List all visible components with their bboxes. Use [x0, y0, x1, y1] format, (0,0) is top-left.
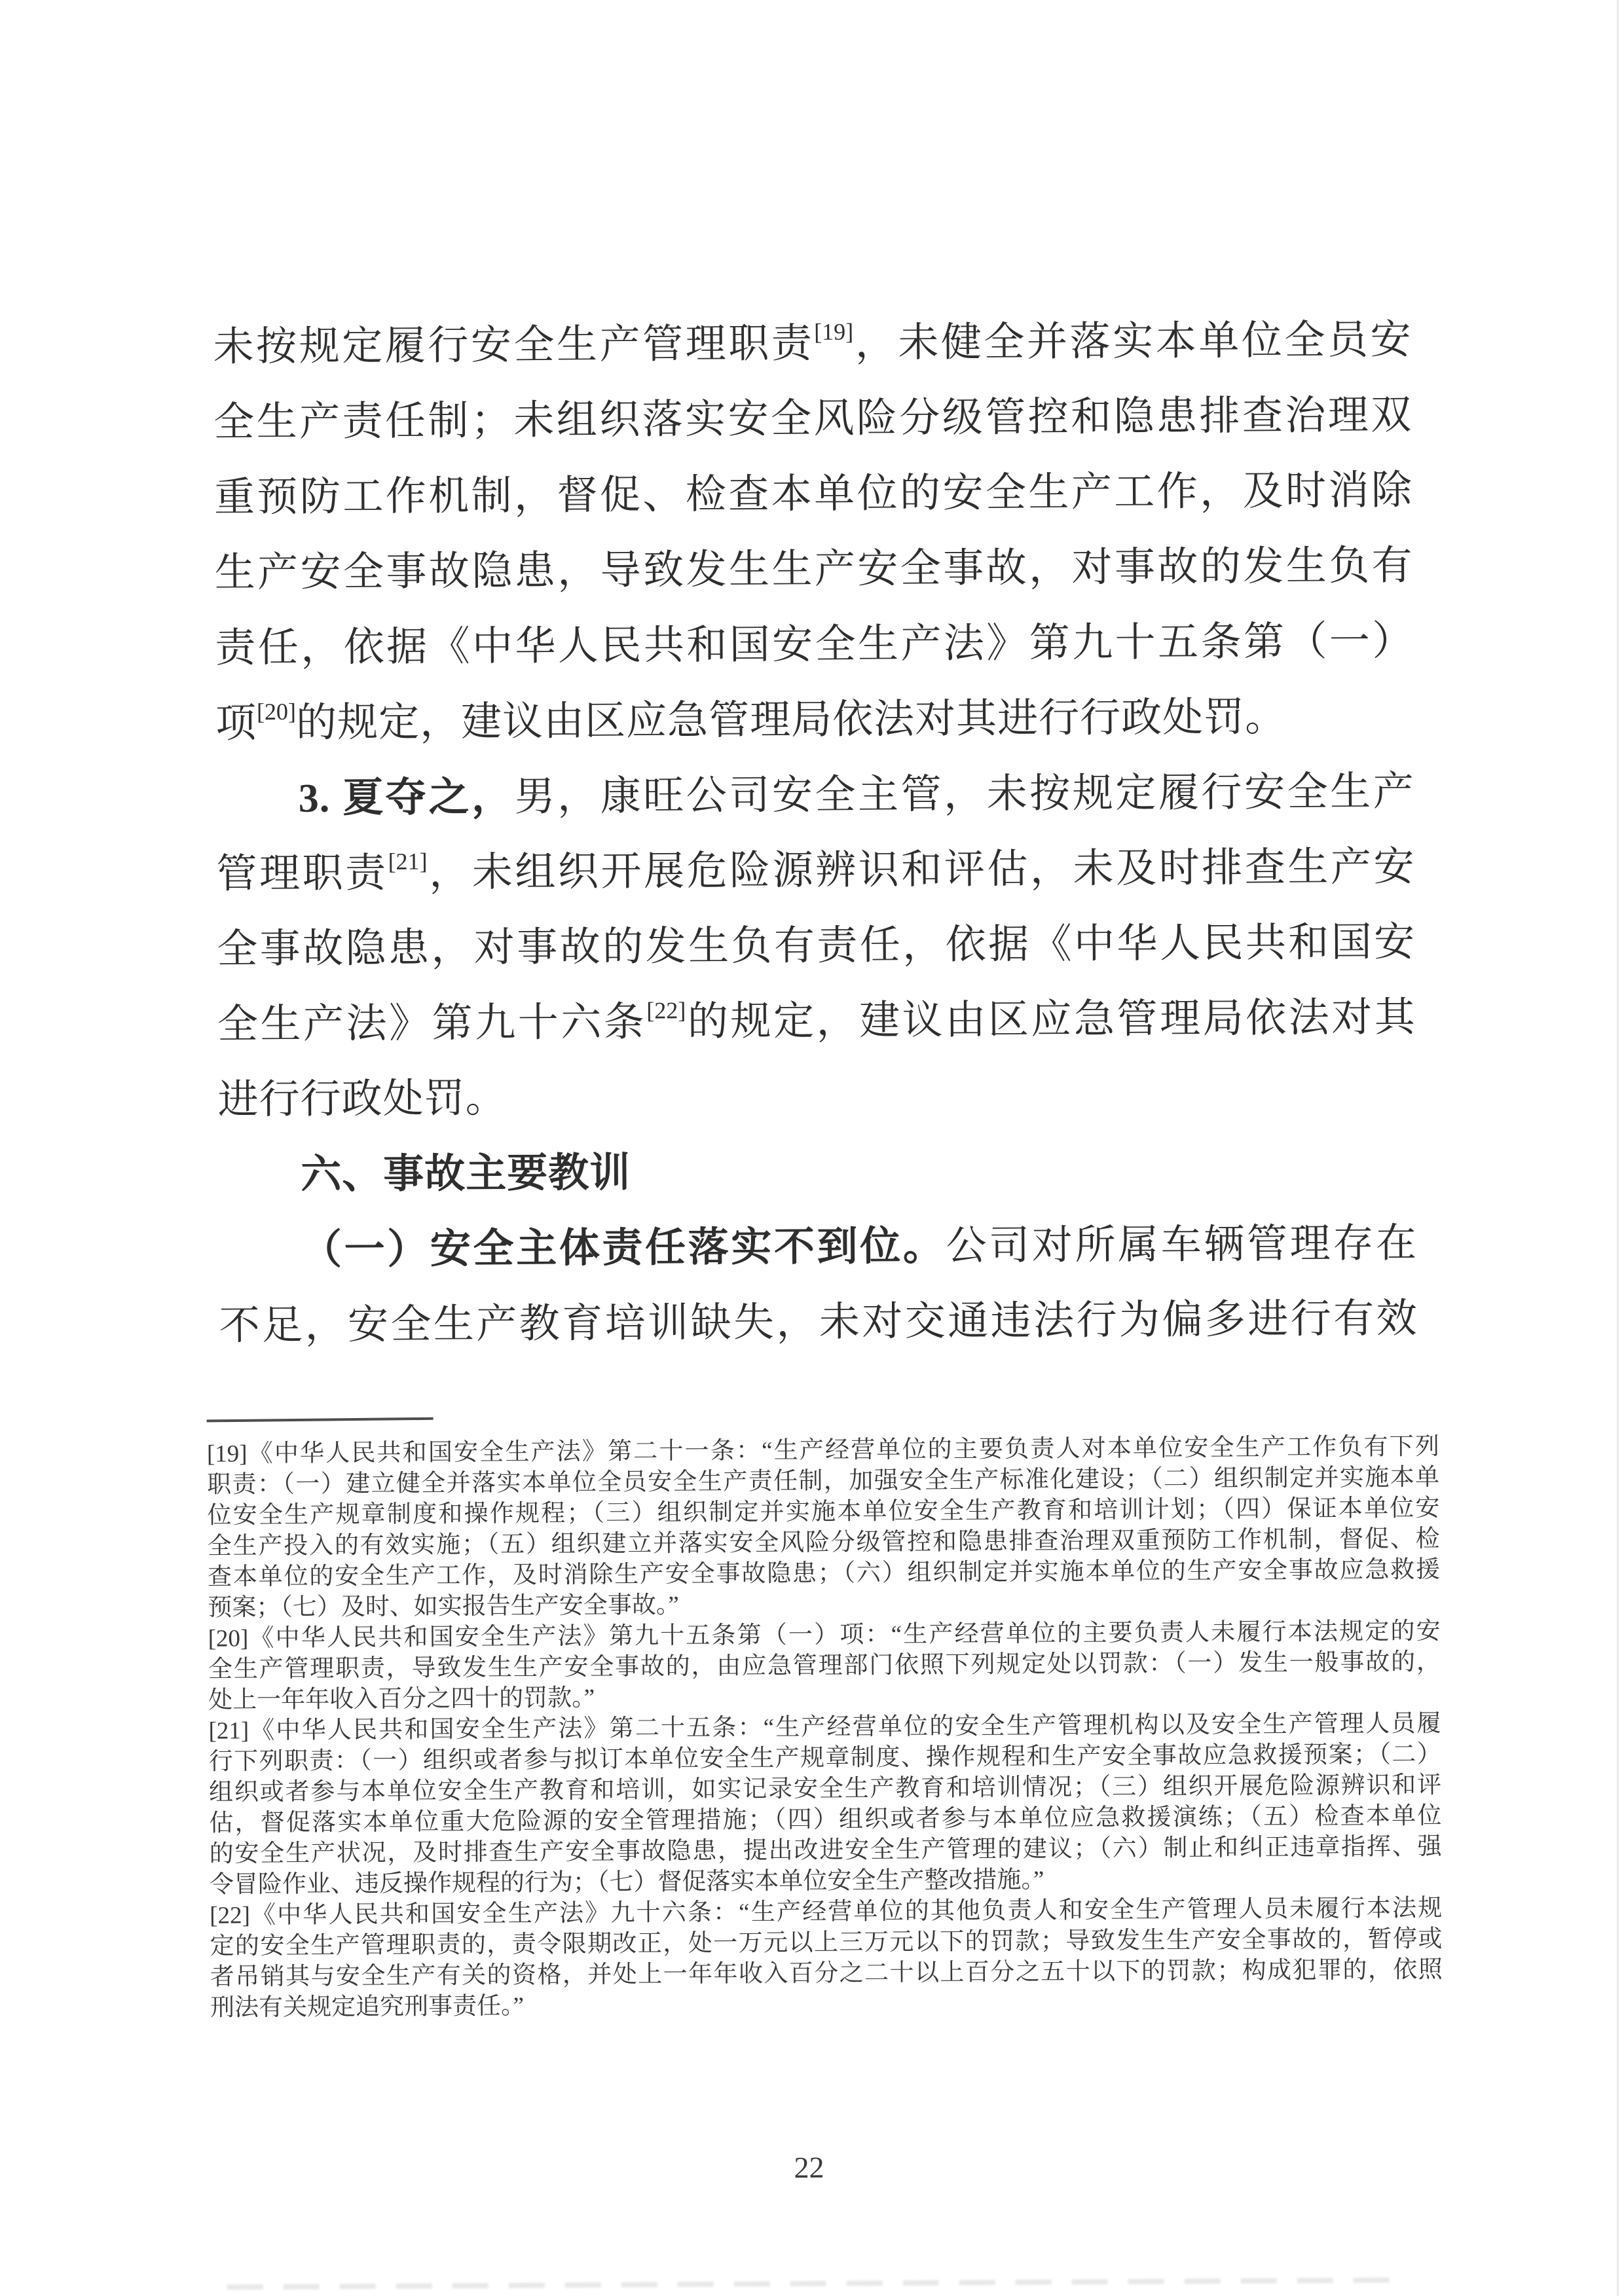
footnote-ref-22: [22]	[646, 997, 686, 1023]
body-line: （一）安全主体责任落实不到位。公司对所属车辆管理存在	[219, 1206, 1418, 1288]
page-edge-shadow	[1617, 0, 1619, 2296]
body-text-block: 未按规定履行安全生产管理职责[19]，未健全并落实本单位全员安全生产责任制；未组…	[213, 302, 1418, 1364]
text-segment: 责任，依据《中华人民共和国安全生产法》第九十五条第（一）	[215, 619, 1413, 670]
text-segment: （一）安全主体责任落实不到位。	[301, 1224, 946, 1273]
page-number: 22	[753, 2150, 864, 2185]
text-segment: 生产安全事故隐患，导致发生生产安全事故，对事故的发生负有	[214, 543, 1412, 595]
body-line: 进行行政处罚。	[217, 1055, 1416, 1138]
page-content: 未按规定履行安全生产管理职责[19]，未健全并落实本单位全员安全生产责任制；未组…	[0, 0, 1624, 2296]
text-segment: 的规定，建议由区应急管理局依法对其进行行政处罚。	[296, 695, 1286, 746]
text-segment: 位安全生产规章制度和操作规程；（三）组织制定并实施本单位安全生产教育和培训计划；…	[207, 1495, 1439, 1529]
text-segment: 全生产投入的有效实施；（五）组织建立并落实安全风险分级管控和隐患排查治理双重预防…	[208, 1525, 1440, 1559]
body-line: 全生产责任制；未组织落实安全风险分级管控和隐患排查治理双	[213, 378, 1412, 460]
body-line: 项[20]的规定，建议由区应急管理局依法对其进行行政处罚。	[215, 679, 1414, 761]
body-line: 重预防工作机制，督促、检查本单位的安全生产工作，及时消除	[214, 453, 1413, 536]
document-page: 未按规定履行安全生产管理职责[19]，未健全并落实本单位全员安全生产责任制；未组…	[0, 0, 1624, 2296]
text-segment: [20]《中华人民共和国安全生产法》第九十五条第（一）项：“生产经营单位的主要负…	[208, 1618, 1441, 1652]
text-segment: 全生产管理职责，导致发生生产安全事故的，由应急管理部门依照下列规定处以罚款：（一…	[208, 1649, 1441, 1683]
text-segment: 组织或者参与本单位安全生产教育和培训，如实记录安全生产教育和培训情况；（三）组织…	[209, 1772, 1441, 1806]
text-segment: ，未组织开展危险源辨识和评估，未及时排查生产安	[428, 845, 1415, 895]
footnotes-block: [19]《中华人民共和国安全生产法》第二十一条：“生产经营单位的主要负责人对本单…	[207, 1431, 1443, 2023]
text-segment: 3. 夏夺之，	[299, 775, 515, 821]
text-segment: 行下列职责：（一）组织或者参与拟订本单位安全生产规章制度、操作规程和生产安全事故…	[209, 1741, 1441, 1775]
text-segment: 全事故隐患，对事故的发生负有责任，依据《中华人民共和国安	[217, 920, 1415, 972]
text-segment: 的安全生产状况，及时排查生产安全事故隐患，提出改进安全生产管理的建议；（六）制止…	[210, 1833, 1442, 1867]
text-segment: 刑法有关规定追究刑事责任。”	[210, 1993, 524, 2022]
body-line: 3. 夏夺之，男，康旺公司安全主管，未按规定履行安全生产	[215, 754, 1414, 837]
text-segment: [22]《中华人民共和国安全生产法》九十六条：“生产经营单位的其他负责人和安全生…	[210, 1895, 1442, 1929]
footnote-ref-20: [20]	[257, 699, 296, 725]
text-segment: 估，督促落实本单位重大危险源的安全管理措施；（四）组织或者参与本单位应急救援演练…	[209, 1802, 1441, 1836]
text-segment: 未按规定履行安全生产管理职责	[213, 321, 814, 370]
text-segment: 全生产责任制；未组织落实安全风险分级管控和隐患排查治理双	[213, 393, 1412, 445]
text-segment: 者吊销其与安全生产有关的资格，并处上一年年收入百分之二十以上百分之五十以下的罚款…	[210, 1956, 1443, 1990]
text-segment: 重预防工作机制，督促、检查本单位的安全生产工作，及时消除	[214, 468, 1412, 520]
body-line: 全生产法》第九十六条[22]的规定，建议由区应急管理局依法对其	[217, 980, 1416, 1063]
bottom-scan-artifact	[227, 2278, 1399, 2290]
body-line: 未按规定履行安全生产管理职责[19]，未健全并落实本单位全员安	[213, 302, 1412, 385]
text-segment: [19]《中华人民共和国安全生产法》第二十一条：“生产经营单位的主要负责人对本单…	[207, 1433, 1439, 1467]
text-segment: 处上一年年收入百分之四十的罚款。”	[208, 1685, 595, 1714]
text-segment: 令冒险作业、违反操作规程的行为；（七）督促落实本单位安全生产整改措施。”	[210, 1867, 1044, 1899]
body-line: 管理职责[21]，未组织开展危险源辨识和评估，未及时排查生产安	[216, 829, 1415, 912]
text-segment: 全生产法》第九十六条	[217, 1000, 647, 1048]
text-segment: [21]《中华人民共和国安全生产法》第二十五条：“生产经营单位的安全生产管理机构…	[208, 1710, 1441, 1744]
body-line: 生产安全事故隐患，导致发生生产安全事故，对事故的发生负有	[214, 528, 1413, 611]
text-segment: 项	[215, 701, 257, 746]
text-segment: 定的安全生产管理职责的，责令限期改正，处一万元以上三万元以下的罚款；导致发生生产…	[210, 1925, 1442, 1959]
text-segment: 职责：（一）建立健全并落实本单位全员安全生产责任制，加强安全生产标准化建设；（二…	[207, 1464, 1439, 1498]
body-line: 不足，安全生产教育培训缺失，未对交通违法行为偏多进行有效	[219, 1281, 1418, 1364]
footnote-ref-21: [21]	[388, 848, 427, 875]
footnote-ref-19: [19]	[814, 319, 853, 345]
body-line: 全事故隐患，对事故的发生负有责任，依据《中华人民共和国安	[217, 905, 1416, 987]
text-segment: 的规定，建议由区应急管理局依法对其	[686, 995, 1416, 1044]
body-line: 责任，依据《中华人民共和国安全生产法》第九十五条第（一）	[215, 604, 1414, 686]
text-segment: 管理职责	[216, 851, 388, 897]
text-segment: 查本单位的安全生产工作，及时消除生产安全事故隐患；（六）组织制定并实施本单位的生…	[208, 1556, 1440, 1590]
footnote-separator	[207, 1417, 434, 1423]
text-segment: 公司对所属车辆管理存在	[946, 1221, 1417, 1268]
text-segment: 进行行政处罚。	[217, 1076, 506, 1123]
text-segment: 男，康旺公司安全主管，未按规定履行安全生产	[514, 769, 1414, 819]
text-segment: 不足，安全生产教育培训缺失，未对交通违法行为偏多进行有效	[219, 1296, 1418, 1348]
text-segment: 六、事故主要教训	[301, 1151, 631, 1197]
text-segment: ，未健全并落实本单位全员安	[853, 318, 1412, 365]
text-segment: 预案；（七）及时、如实报告生产安全事故。”	[208, 1592, 679, 1621]
body-line: 六、事故主要教训	[218, 1131, 1417, 1213]
